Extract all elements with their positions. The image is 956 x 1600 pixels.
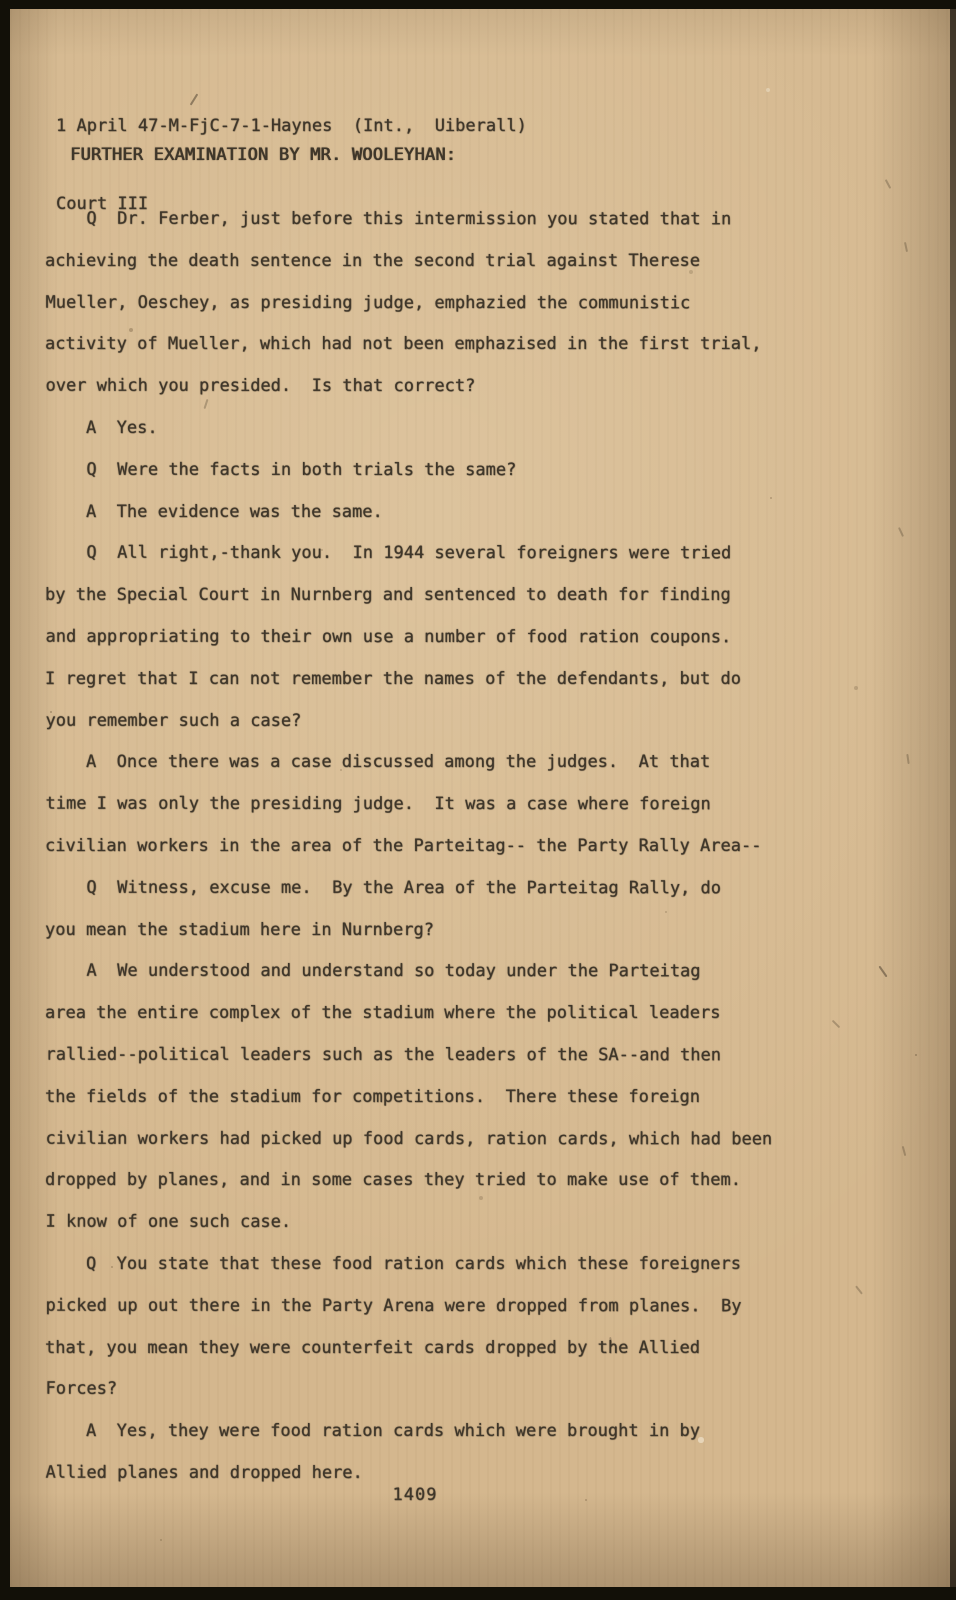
transcript-line: time I was only the presiding judge. It … (45, 784, 835, 826)
transcript-line: A Once there was a case discussed among … (45, 742, 835, 784)
transcript-body: Q Dr. Ferber, just before this intermiss… (45, 199, 835, 1495)
transcript-line: Q All right,-thank you. In 1944 several … (45, 533, 835, 575)
header-dateline: 1 April 47-M-FjC-7-1-Haynes (Int., Uiber… (56, 113, 527, 139)
transcript-line: A Yes, they were food ration cards which… (45, 1411, 835, 1453)
transcript-line: A Yes. (45, 408, 835, 450)
transcript-line: I regret that I can not remember the nam… (45, 659, 835, 701)
stray-mark (898, 527, 904, 537)
transcript-line: A The evidence was the same. (45, 492, 835, 534)
page-number: 1409 (10, 1485, 820, 1505)
transcript-line: the fields of the stadium for competitio… (45, 1077, 835, 1119)
transcript-line: by the Special Court in Nurnberg and sen… (45, 575, 835, 617)
transcript-line: Q Dr. Ferber, just before this intermiss… (45, 199, 835, 241)
transcript-line: activity of Mueller, which had not been … (45, 324, 835, 366)
transcript-line: dropped by planes, and in some cases the… (45, 1160, 835, 1202)
stray-mark (855, 1285, 863, 1294)
transcript-line: Q You state that these food ration cards… (45, 1244, 835, 1286)
transcript-line: achieving the death sentence in the seco… (45, 241, 835, 283)
transcript-line: Q Were the facts in both trials the same… (45, 449, 835, 491)
stray-mark (902, 1146, 907, 1156)
transcript-line: I know of one such case. (45, 1202, 835, 1244)
transcript-line: Q Witness, excuse me. By the Area of the… (45, 867, 835, 909)
transcript-line: that, you mean they were counterfeit car… (45, 1328, 835, 1370)
transcript-line: picked up out there in the Party Arena w… (45, 1285, 835, 1327)
transcript-line: rallied--political leaders such as the l… (45, 1035, 835, 1077)
transcript-line: you remember such a case? (45, 700, 835, 742)
transcript-line: you mean the stadium here in Nurnberg? (45, 910, 835, 952)
scanned-paper-page: 1 April 47-M-FjC-7-1-Haynes (Int., Uiber… (10, 9, 956, 1587)
transcript-line: over which you presided. Is that correct… (45, 366, 835, 408)
stray-mark (906, 754, 909, 764)
transcript-line: and appropriating to their own use a num… (45, 617, 835, 659)
paper-right-edge-shadow (950, 9, 956, 1587)
stray-mark (904, 242, 908, 252)
stray-mark (878, 966, 887, 978)
section-heading: FURTHER EXAMINATION BY MR. WOOLEYHAN: (70, 145, 456, 165)
transcript-line: Mueller, Oeschey, as presiding judge, em… (45, 282, 835, 324)
stray-mark (885, 179, 891, 189)
transcript-line: civilian workers in the area of the Part… (45, 826, 835, 868)
transcript-line: area the entire complex of the stadium w… (45, 993, 835, 1035)
transcript-line: A We understood and understand so today … (45, 951, 835, 993)
transcript-line: civilian workers had picked up food card… (45, 1118, 835, 1160)
transcript-line: Forces? (45, 1369, 835, 1411)
